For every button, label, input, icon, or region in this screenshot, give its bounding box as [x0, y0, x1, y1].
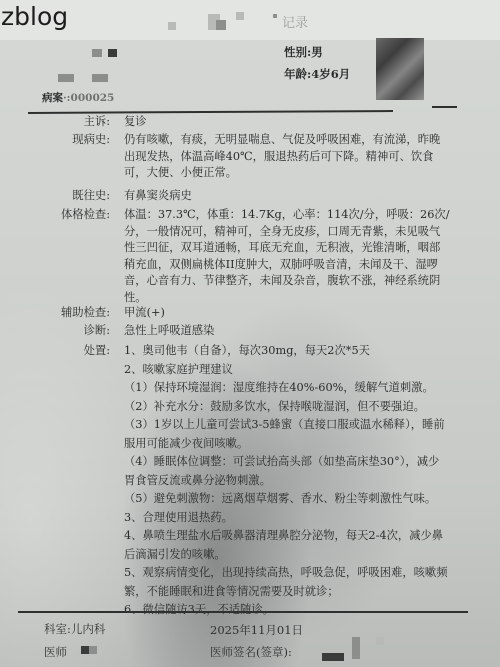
visit-date: 2025年11月01日	[210, 622, 303, 638]
auxiliary-exam-value: 甲流(+)	[124, 305, 454, 322]
treatment-line: 胃食管反流或鼻分泌物刺激。	[124, 472, 454, 491]
watermark-bar: zblog 记录	[0, 0, 500, 40]
header-divider-tail	[432, 106, 457, 108]
present-illness-line: 仍有咳嗽，有痰，无明显喘息、气促及呼吸困难，有流涕，昨晚	[124, 132, 454, 149]
past-history-value: 有鼻窦炎病史	[124, 188, 454, 205]
physical-exam-line: 稍充血，双侧扁桃体II度肿大，双肺呼吸音清，未闻及干、湿啰	[124, 257, 454, 274]
record-number: 病案·:000025	[42, 90, 114, 105]
redacted-patient-id	[58, 74, 74, 82]
treatment-line: （3）1岁以上儿童可尝试3-5蜂蜜（直接口服或温水稀释），睡前	[124, 416, 454, 435]
redacted-doctor-name	[89, 646, 97, 654]
gender-label: 性别:	[284, 45, 311, 59]
physical-exam-line: 性。	[124, 290, 454, 307]
diagnosis-label: 诊断:	[0, 323, 110, 340]
physical-exam-line: 体温：37.3℃，体重：14.7Kg，心率：114次/分，呼吸：26次/	[124, 207, 454, 224]
physical-exam-label: 体格检查:	[0, 207, 110, 224]
treatment-line: 1、奥司他韦（自备），每次30mg，每天2次*5天	[124, 342, 454, 361]
doctor-field: 医师	[44, 644, 67, 660]
present-illness-line: 出现发热，体温高峰40℃，服退热药后可下降。精神可、饮食	[124, 149, 454, 166]
department-value: 儿内科	[71, 622, 106, 636]
record-number-label: 病案	[42, 92, 63, 104]
present-illness-line: 可，大便、小便正常。	[124, 165, 454, 182]
age-value: 4岁6月	[311, 67, 350, 81]
physical-exam-line: 音，心音有力、节律整齐，未闻及杂音，腹软不涨，神经系统阴	[124, 273, 454, 290]
gender-field: 性别:男	[284, 44, 323, 60]
treatment-line: （4）睡眠体位调整：可尝试抬高头部（如垫高床垫30°），减少	[124, 453, 454, 472]
redacted-patient-name	[92, 49, 102, 57]
redacted-title-block	[168, 22, 176, 30]
redacted-patient-id	[92, 74, 108, 82]
redacted-signature	[376, 637, 384, 645]
redacted-doctor-name	[81, 646, 89, 654]
treatment-line: （5）避免刺激物：远离烟草烟雾、香水、粉尘等刺激性气味。	[124, 490, 454, 509]
auxiliary-exam-label: 辅助检查:	[0, 305, 110, 322]
chief-complaint-label: 主诉:	[0, 114, 110, 131]
redacted-qr-code	[376, 38, 424, 100]
doctor-label: 医师	[44, 645, 67, 659]
redacted-signature	[322, 653, 344, 661]
diagnosis-value: 急性上呼吸道感染	[124, 323, 454, 340]
treatment-line: 2、咳嗽家庭护理建议	[124, 361, 454, 380]
redacted-signature	[352, 637, 360, 659]
treatment-line: 后滴漏引发的咳嗽。	[124, 546, 454, 565]
physical-exam-line: 分，一般情况可，精神可，全身无皮疹，口周无青紫，未见吸气	[124, 224, 454, 241]
past-history-label: 既往史:	[0, 188, 110, 205]
treatment-label: 处置:	[0, 342, 110, 361]
treatment-line: 4、鼻喷生理盐水后吸鼻器清理鼻腔分泌物，每天2-4次，减少鼻	[124, 527, 454, 546]
signature-label: 医师签名(签章):	[210, 645, 292, 659]
treatment-line: （1）保持环境湿润：湿度维持在40%-60%，缓解气道刺激。	[124, 379, 454, 398]
treatment-line: （2）补充水分：鼓励多饮水，保持喉咙湿润，但不要强迫。	[124, 398, 454, 417]
redacted-title-block	[273, 14, 277, 18]
redacted-title-block	[216, 20, 226, 30]
document-photo: zblog 记录 性别:男 年龄:4岁6月 病案·:000025 主诉: 复诊 …	[0, 0, 500, 667]
record-number-value: ·:000025	[63, 92, 114, 104]
age-label: 年龄:	[284, 67, 311, 81]
department-label: 科室:	[44, 622, 71, 636]
treatment-line: 服用可能减少夜间咳嗽。	[124, 435, 454, 454]
treatment-line: 5、观察病情变化，出现持续高热，呼吸急促，呼吸困难，咳嗽频	[124, 564, 454, 583]
document-title: 记录	[282, 12, 308, 31]
physical-exam-line: 性三凹征，双耳道通畅，耳底无充血，无积液，光锥清晰，咽部	[124, 240, 454, 257]
redacted-title-block	[236, 12, 244, 20]
department-field: 科室:儿内科	[44, 621, 105, 637]
redacted-patient-name	[108, 49, 117, 57]
watermark-text: zblog	[1, 0, 68, 34]
gender-value: 男	[311, 45, 323, 59]
treatment-line: 3、合理使用退热药。	[124, 509, 454, 528]
footer-divider	[18, 611, 468, 613]
chief-complaint-value: 复诊	[124, 114, 454, 131]
signature-field: 医师签名(签章):	[210, 644, 292, 660]
age-field: 年龄:4岁6月	[284, 66, 350, 82]
treatment-line: 繁，不能睡眠和进食等情况需要及时就诊；	[124, 583, 454, 602]
present-illness-label: 现病史:	[0, 132, 110, 149]
